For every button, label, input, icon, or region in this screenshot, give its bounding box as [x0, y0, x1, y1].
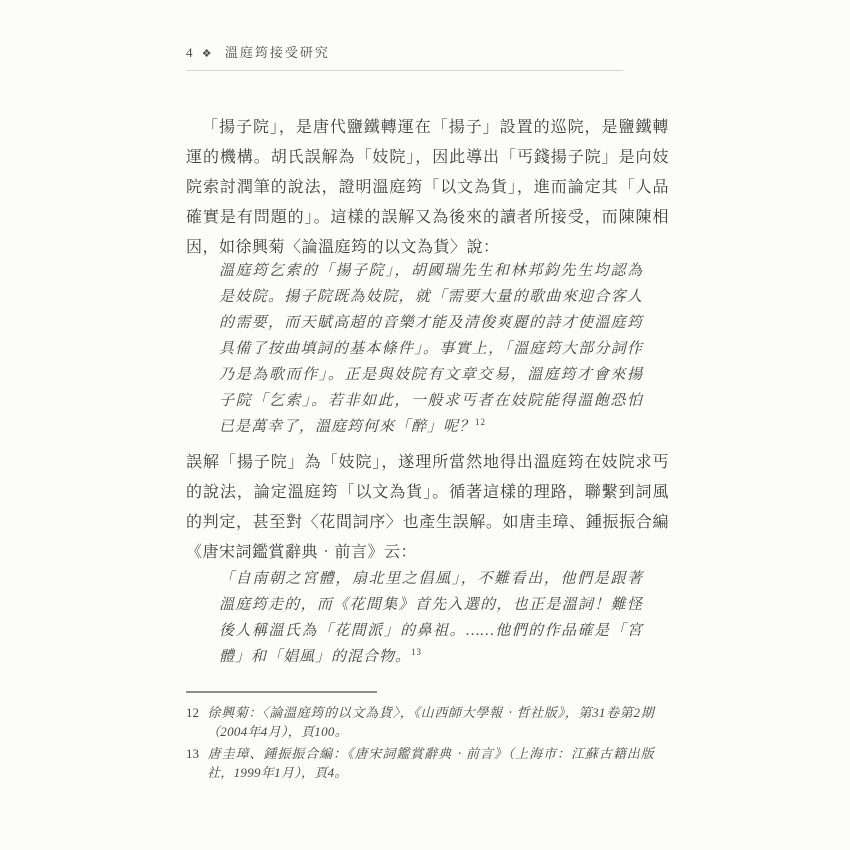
- block-quote-1: 溫庭筠乞索的「揚子院」，胡國瑞先生和林邦鈞先生均認為是妓院。揚子院既為妓院，就「…: [219, 258, 643, 440]
- header-rule: [186, 70, 623, 71]
- book-page: 4 ❖ 溫庭筠接受研究 「揚子院」，是唐代鹽鐵轉運在「揚子」設置的巡院，是鹽鐵轉…: [0, 0, 850, 850]
- footnote-text: 徐興菊：〈論溫庭筠的以文為貨〉，《山西師大學報‧哲社版》，第31卷第2期（200…: [207, 705, 654, 739]
- footnote-ref-13: 13: [411, 647, 422, 657]
- block-quote-2: 「自南朝之宮體，扇北里之倡風」，不難看出，他們是跟著溫庭筠走的，而《花間集》首先…: [219, 566, 643, 670]
- footnotes-section: 12徐興菊：〈論溫庭筠的以文為貨〉，《山西師大學報‧哲社版》，第31卷第2期（2…: [186, 703, 654, 785]
- footnote-number: 12: [186, 703, 207, 722]
- running-title: 溫庭筠接受研究: [225, 45, 330, 60]
- footnote-number: 13: [186, 744, 207, 763]
- body-paragraph-1: 「揚子院」，是唐代鹽鐵轉運在「揚子」設置的巡院，是鹽鐵轉運的機構。胡氏誤解為「妓…: [186, 113, 669, 263]
- footnote-text: 唐圭璋、鍾振振合編：《唐宋詞鑑賞辭典‧前言》（上海市：江蘇古籍出版社，1999年…: [207, 746, 654, 780]
- footnote-ref-12: 12: [475, 417, 486, 427]
- footnote-separator-rule: [186, 691, 377, 693]
- diamond-icon: ❖: [202, 48, 214, 60]
- page-number: 4: [186, 45, 193, 60]
- footnote-13: 13唐圭璋、鍾振振合編：《唐宋詞鑑賞辭典‧前言》（上海市：江蘇古籍出版社，199…: [186, 744, 654, 782]
- block-quote-1-text: 溫庭筠乞索的「揚子院」，胡國瑞先生和林邦鈞先生均認為是妓院。揚子院既為妓院，就「…: [219, 263, 643, 435]
- body-paragraph-2: 誤解「揚子院」為「妓院」，遂理所當然地得出溫庭筠在妓院求丐的說法，論定溫庭筠「以…: [186, 448, 669, 568]
- footnote-12: 12徐興菊：〈論溫庭筠的以文為貨〉，《山西師大學報‧哲社版》，第31卷第2期（2…: [186, 703, 654, 741]
- running-header: 4 ❖ 溫庭筠接受研究: [186, 42, 330, 61]
- block-quote-2-text: 「自南朝之宮體，扇北里之倡風」，不難看出，他們是跟著溫庭筠走的，而《花間集》首先…: [219, 571, 643, 665]
